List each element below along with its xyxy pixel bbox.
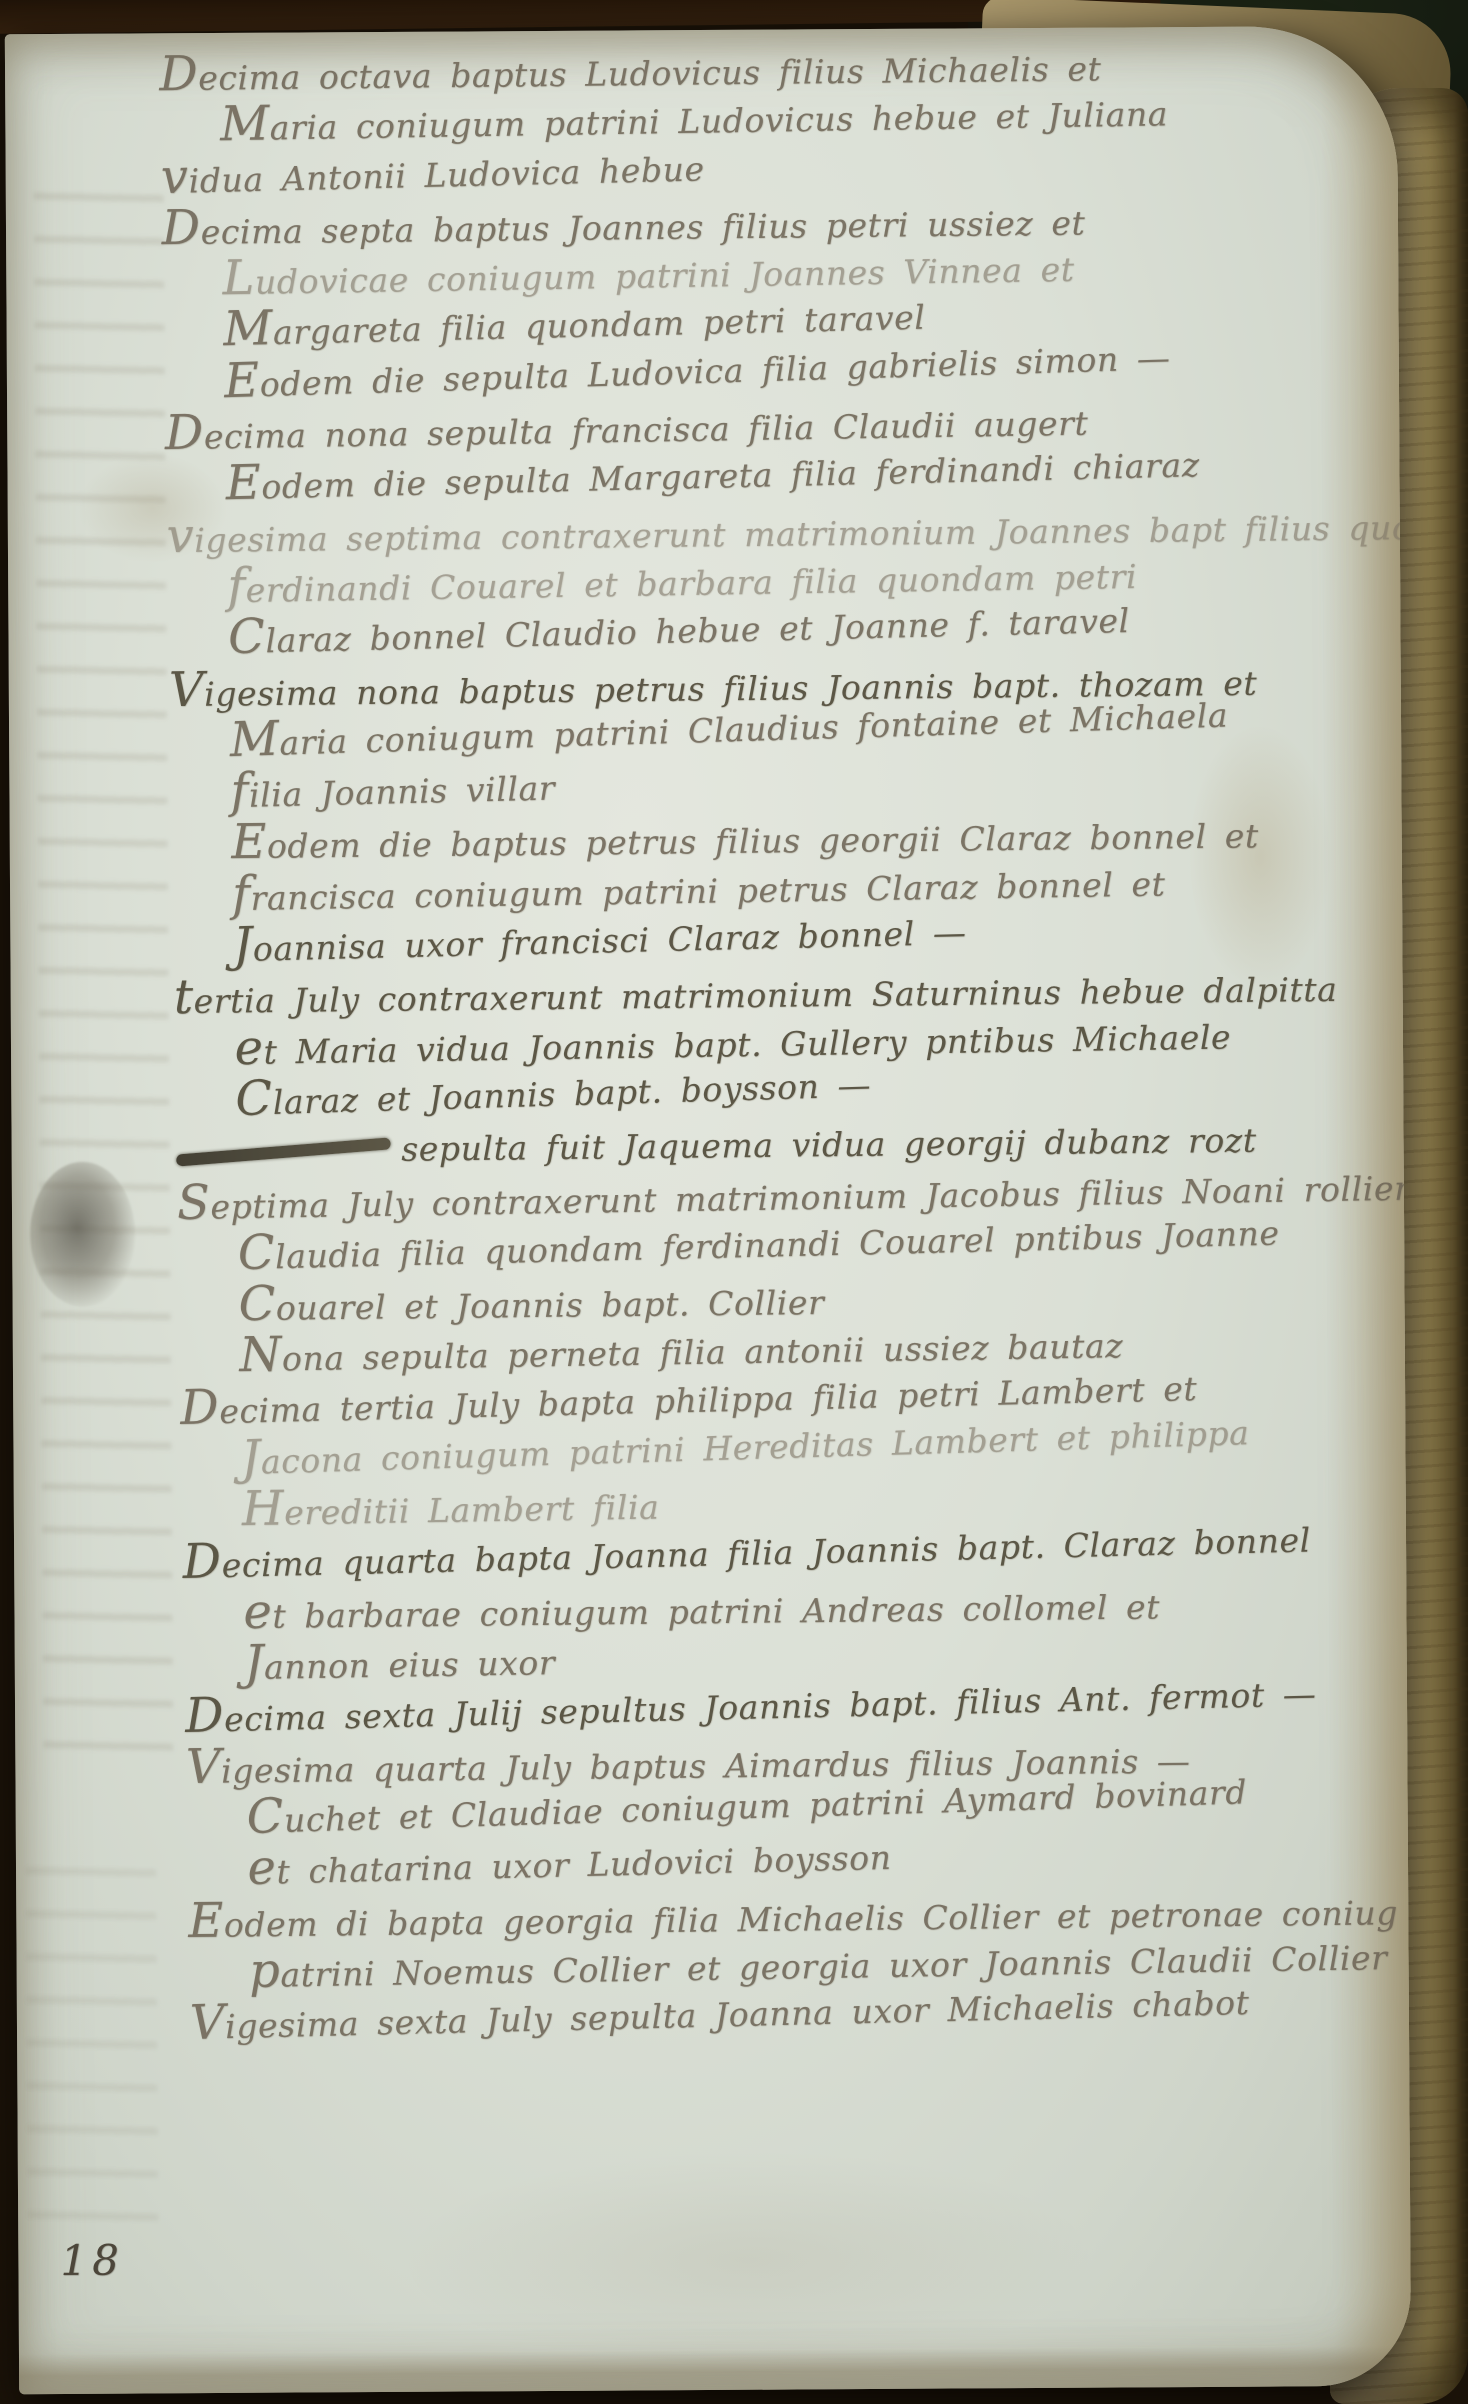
damp-stain <box>398 2148 1099 2372</box>
handwritten-text: Decima octava baptus Ludovicus filius Mi… <box>145 30 1406 2050</box>
bottom-crease <box>19 2346 1411 2395</box>
manuscript-photo: { "page": { "number_label": "18" }, "col… <box>0 0 1468 2404</box>
ink-bleed-through <box>26 1833 159 2254</box>
page-number: 18 <box>60 2236 124 2285</box>
manuscript-page: Decima octava baptus Ludovicus filius Mi… <box>5 26 1411 2394</box>
